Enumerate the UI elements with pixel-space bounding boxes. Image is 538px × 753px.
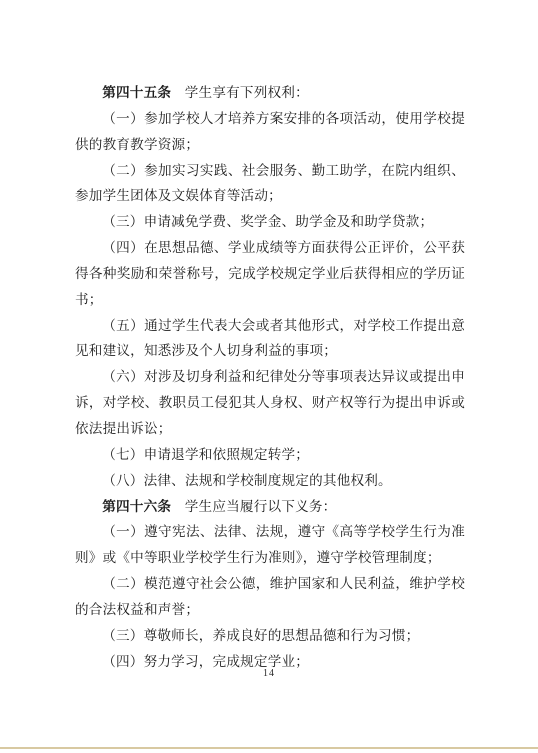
- page-bottom-border: [0, 747, 538, 749]
- article-number: 第四十五条: [102, 85, 171, 100]
- article-item: （三）尊敬师长，养成良好的思想品德和行为习惯；: [75, 623, 465, 649]
- document-page: 第四十五条学生享有下列权利：（一）参加学校人才培养方案安排的各项活动，使用学校提…: [0, 0, 538, 753]
- article-item: （六）对涉及切身利益和纪律处分等事项表达异议或提出申诉，对学校、教职员工侵犯其人…: [75, 364, 465, 442]
- document-content: 第四十五条学生享有下列权利：（一）参加学校人才培养方案安排的各项活动，使用学校提…: [75, 80, 465, 674]
- article-item: （四）在思想品德、学业成绩等方面获得公正评价，公平获得各种奖励和荣誉称号，完成学…: [75, 235, 465, 313]
- page-number: 14: [0, 668, 538, 679]
- article-heading: 第四十五条学生享有下列权利：: [75, 80, 465, 106]
- article-item: （七）申请退学和依照规定转学；: [75, 442, 465, 468]
- article-item: （五）通过学生代表大会或者其他形式，对学校工作提出意见和建议，知悉涉及个人切身利…: [75, 313, 465, 365]
- article-item: （二）参加实习实践、社会服务、勤工助学，在院内组织、参加学生团体及文娱体育等活动…: [75, 158, 465, 210]
- article-item: （一）参加学校人才培养方案安排的各项活动，使用学校提供的教育教学资源；: [75, 106, 465, 158]
- article-item: （八）法律、法规和学校制度规定的其他权利。: [75, 468, 465, 494]
- article-intro: 学生享有下列权利：: [185, 85, 309, 100]
- article-item: （二）模范遵守社会公德，维护国家和人民利益，维护学校的合法权益和声誉；: [75, 571, 465, 623]
- article-item: （三）申请减免学费、奖学金、助学金及和助学贷款；: [75, 209, 465, 235]
- article-heading: 第四十六条学生应当履行以下义务：: [75, 494, 465, 520]
- article-item: （一）遵守宪法、法律、法规，遵守《高等学校学生行为准则》或《中等职业学校学生行为…: [75, 519, 465, 571]
- article-intro: 学生应当履行以下义务：: [185, 499, 337, 514]
- article-number: 第四十六条: [102, 499, 171, 514]
